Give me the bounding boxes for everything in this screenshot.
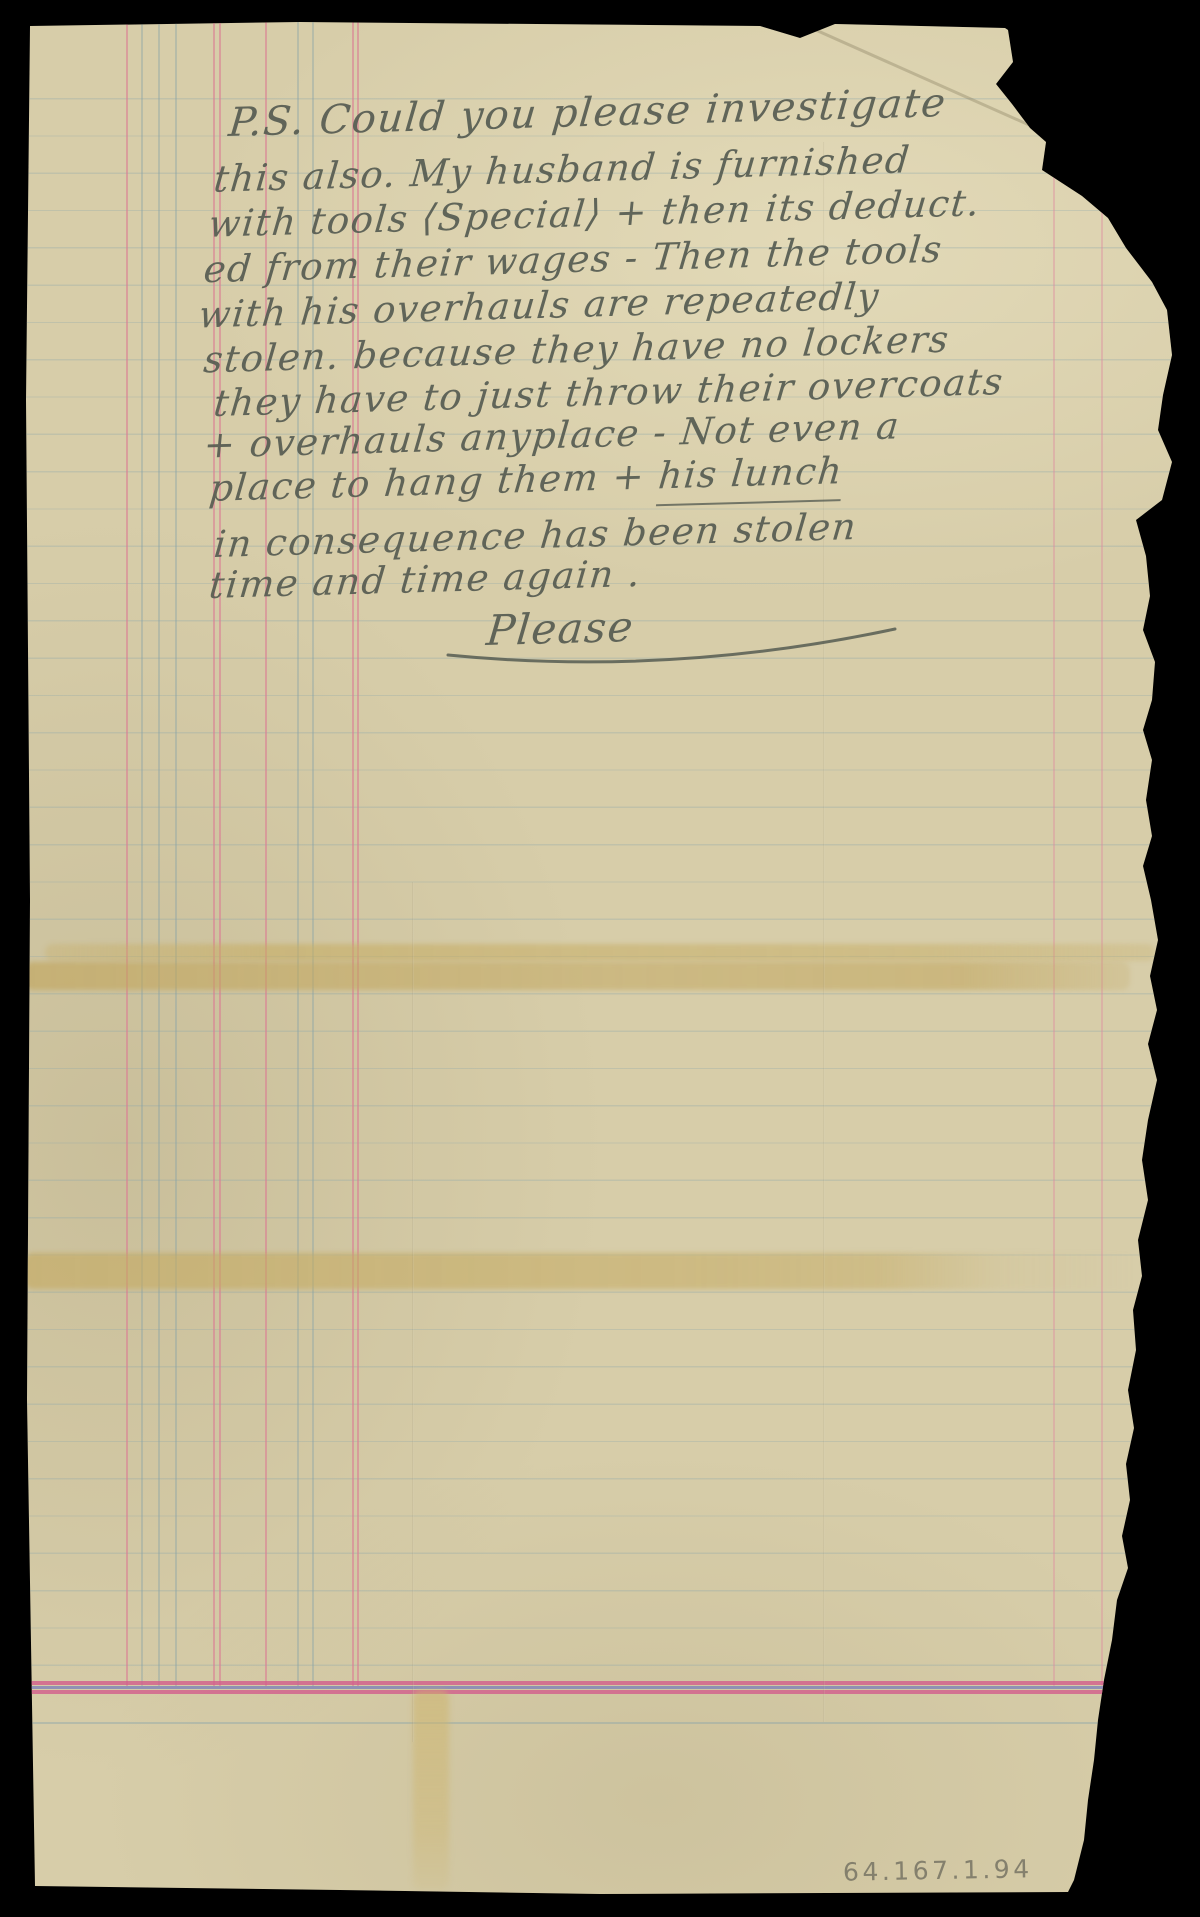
ledger-vertical-line bbox=[1053, 22, 1055, 1686]
tape-stain bbox=[25, 1253, 1135, 1289]
footer-rule bbox=[25, 1722, 1175, 1724]
ledger-bottom-rule bbox=[25, 1681, 1175, 1685]
ledger-bottom-rule bbox=[25, 1686, 1175, 1689]
ledger-bottom-rule bbox=[25, 1690, 1175, 1694]
ledger-vertical-line bbox=[158, 22, 160, 1686]
letter-page: P.S. Could you please investigate this a… bbox=[25, 22, 1175, 1895]
tape-stain bbox=[45, 944, 1155, 961]
tape-stain bbox=[25, 962, 1130, 990]
scan-background: { "document": { "kind": "handwritten let… bbox=[0, 0, 1200, 1917]
signature-flourish bbox=[440, 607, 910, 677]
ledger-vertical-line bbox=[175, 22, 177, 1686]
fold-crease bbox=[412, 882, 414, 1742]
accession-number: 64.167.1.94 bbox=[843, 1854, 1033, 1886]
ledger-vertical-line bbox=[1101, 22, 1103, 1686]
ledger-vertical-line bbox=[141, 22, 143, 1686]
tape-stain bbox=[413, 1690, 449, 1890]
ledger-vertical-line bbox=[126, 22, 128, 1686]
underlined-phrase: his lunch bbox=[656, 449, 845, 506]
